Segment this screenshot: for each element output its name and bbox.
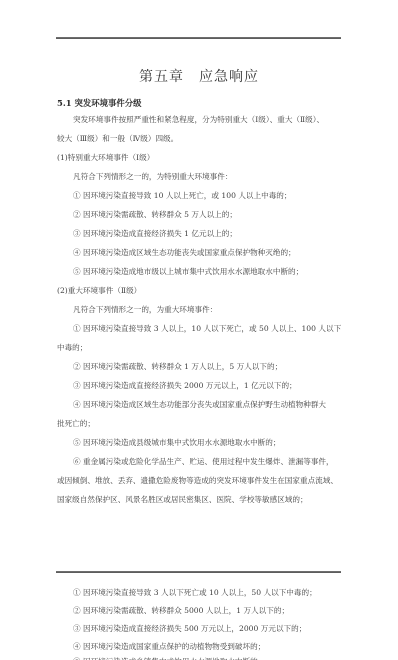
list-item-continuation: 国家级自然保护区、风景名胜区或居民密集区、医院、学校等敏感区域的； xyxy=(57,495,308,505)
list-item: ① 因环境污染直接导致 3 人以下死亡或 10 人以上，50 人以下中毒的； xyxy=(73,588,317,598)
list-item: ③ 因环境污染造成直接经济损失 1 亿元以上的； xyxy=(73,229,237,239)
section-title: 5.1 突发环境事件分级 xyxy=(57,97,142,109)
list-item: ⑤ 因环境污染造成县级城市集中式饮用水水源地取水中断的； xyxy=(73,438,280,448)
list-item: ② 因环境污染需疏散、转移群众 5000 人以上，1 万人以下的； xyxy=(73,606,289,616)
header-rule xyxy=(56,37,341,39)
list-item: ⑤ 因环境污染造成地市级以上城市集中式饮用水水源地取水中断的； xyxy=(73,267,303,277)
subheading: (1)特别重大环境事件（Ⅰ级） xyxy=(57,153,154,163)
subheading: (2)重大环境事件（Ⅱ级） xyxy=(57,286,141,296)
list-item: ① 因环境污染直接导致 10 人以上死亡，或 100 人以上中毒的； xyxy=(73,191,291,201)
list-item: ② 因环境污染需疏散、转移群众 1 万人以上，5 万人以下的； xyxy=(73,362,282,372)
page2-header-rule xyxy=(56,571,341,573)
body-paragraph: 凡符合下列情形之一的，为重大环境事件： xyxy=(73,305,217,315)
body-paragraph: 突发环境事件按照严重性和紧急程度，分为特别重大（Ⅰ级）、重大（Ⅱ级）、 xyxy=(73,115,324,125)
body-paragraph: 凡符合下列情形之一的，为特别重大环境事件： xyxy=(73,172,232,182)
list-item: ③ 因环境污染造成直接经济损失 2000 万元以上，1 亿元以下的； xyxy=(73,381,297,391)
list-item: ③ 因环境污染造成直接经济损失 500 万元以上，2000 万元以下的； xyxy=(73,624,306,634)
list-item-continuation: 批死亡的； xyxy=(57,419,95,429)
list-item: ④ 因环境污染造成国家重点保护的动植物物受到破坏的； xyxy=(73,642,265,652)
list-item-continuation: 或因倾倒、堆放、丢弃、遗撒危险废物等造成的突发环境事件发生在国家重点流域、 xyxy=(57,476,338,486)
body-paragraph: 较大（Ⅲ级）和一般（Ⅳ级）四级。 xyxy=(57,134,178,144)
chapter-title: 第五章 应急响应 xyxy=(0,66,398,86)
list-item: ④ 因环境污染造成区域生态功能部分丧失或国家重点保护野生动植物种群大 xyxy=(73,400,326,410)
list-item: ⑥ 重金属污染或危险化学品生产、贮运、使用过程中发生爆炸、泄漏等事件， xyxy=(73,457,334,467)
list-item: ② 因环境污染需疏散、转移群众 5 万人以上的； xyxy=(73,210,237,220)
list-item-continuation: 中毒的； xyxy=(57,343,87,353)
list-item: ① 因环境污染直接导致 3 人以上，10 人以下死亡，或 50 人以上、100 … xyxy=(73,324,341,334)
list-item: ④ 因环境污染造成区域生态功能丧失或国家重点保护物种灭绝的； xyxy=(73,248,296,258)
